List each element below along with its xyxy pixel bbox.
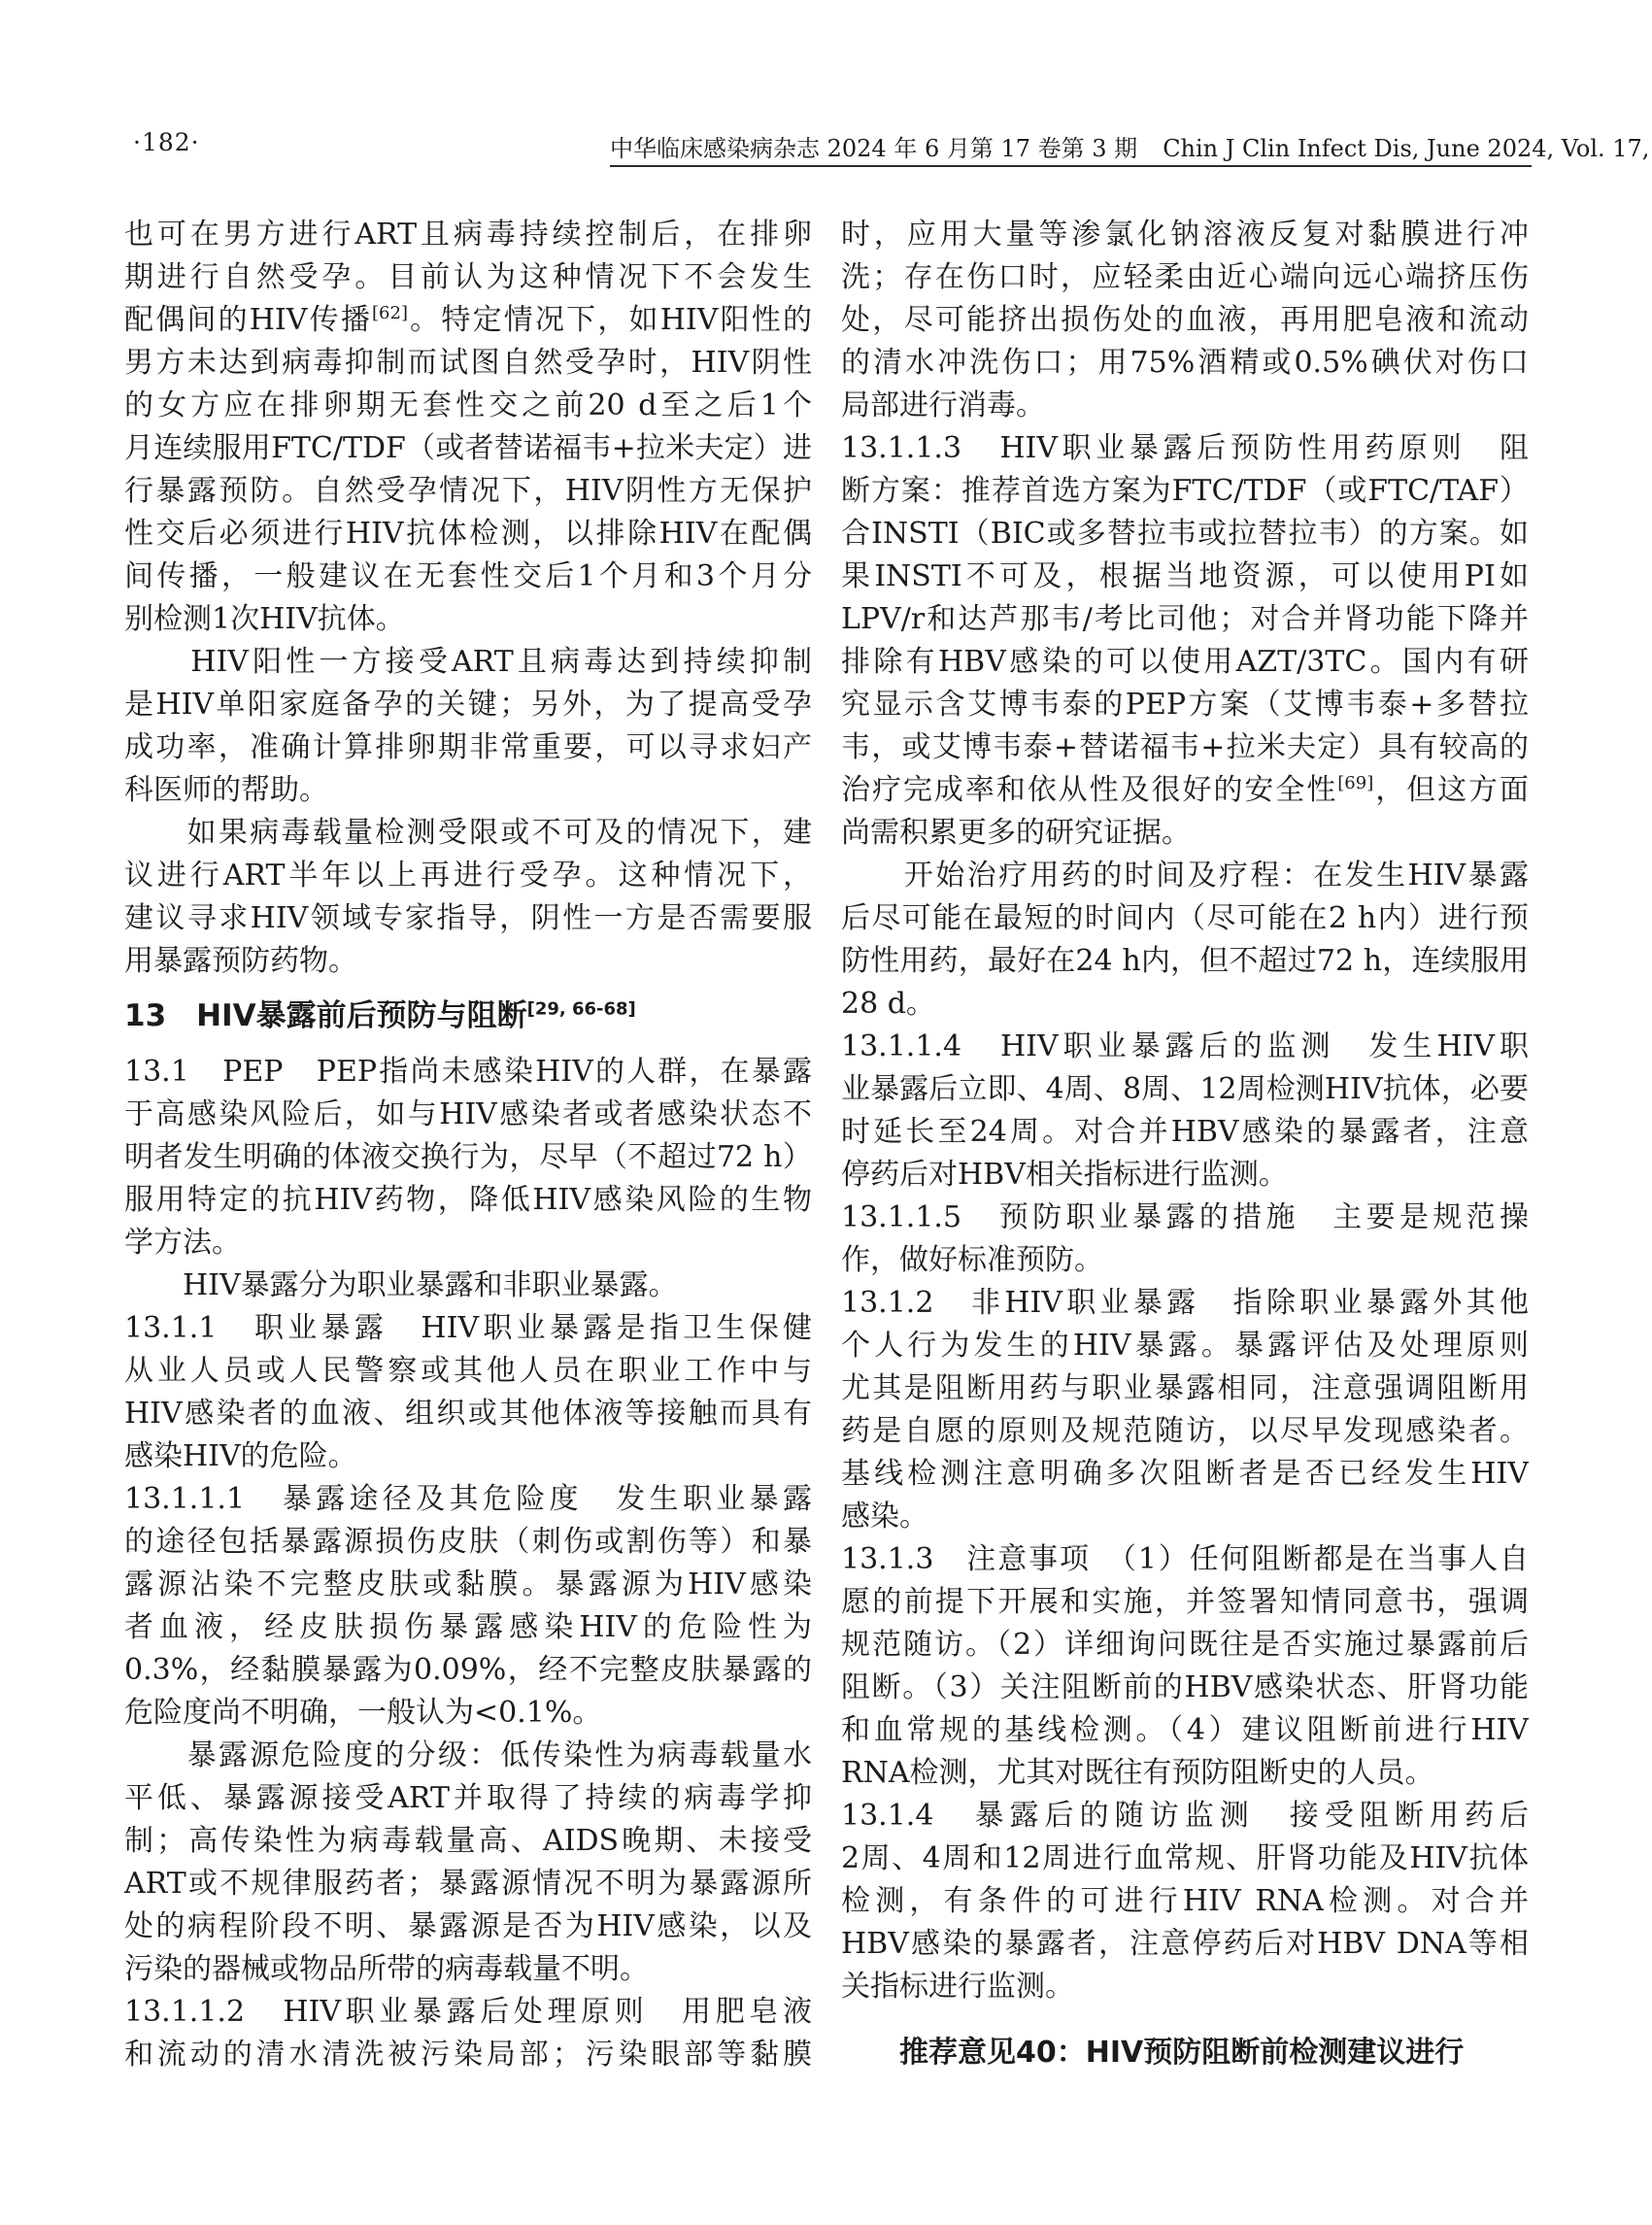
text-line: 建议寻求HIV领域专家指导，阴性一方是否需要服 — [124, 897, 812, 940]
text-line: 学方法。 — [124, 1222, 812, 1264]
text-line: 性交后必须进行HIV抗体检测，以排除HIV在配偶 — [124, 513, 812, 556]
text-line: 13.1.3 注意事项 （1）任何阻断都是在当事人自 — [841, 1538, 1529, 1581]
text-line: 局部进行消毒。 — [841, 385, 1529, 427]
text-line: 尚需积累更多的研究证据。 — [841, 812, 1529, 855]
text-line: 也可在男方进行ART且病毒持续控制后，在排卵 — [124, 214, 812, 256]
text-line: 13.1.1.1 暴露途径及其危险度 发生职业暴露 — [124, 1478, 812, 1521]
text-line: 从业人员或人民警察或其他人员在职业工作中与 — [124, 1350, 812, 1393]
text-line: 危险度尚不明确，一般认为<0.1%。 — [124, 1692, 812, 1735]
text-line: 合INSTI（BIC或多替拉韦或拉替拉韦）的方案。如 — [841, 513, 1529, 556]
text-line: 时，应用大量等渗氯化钠溶液反复对黏膜进行冲 — [841, 214, 1529, 256]
page-number: ·182· — [133, 128, 200, 156]
journal-page: ·182· 中华临床感染病杂志 2024 年 6 月第 17 卷第 3 期Chi… — [0, 0, 1652, 2225]
text-line: 成功率，准确计算排卵期非常重要，可以寻求妇产 — [124, 726, 812, 769]
text-line: 关指标进行监测。 — [841, 1966, 1529, 2008]
text-line: 果INSTI不可及，根据当地资源，可以使用PI如 — [841, 556, 1529, 598]
text-line: 28 d。 — [841, 983, 1529, 1026]
text-line: 者血液，经皮肤损伤暴露感染HIV的危险性为 — [124, 1606, 812, 1649]
text-line: 基线检测注意明确多次阻断者是否已经发生HIV — [841, 1453, 1529, 1496]
text-line: 如果病毒载量检测受限或不可及的情况下，建 — [124, 812, 812, 855]
left-column: 也可在男方进行ART且病毒持续控制后，在排卵期进行自然受孕。目前认为这种情况下不… — [124, 214, 812, 2076]
journal-header: 中华临床感染病杂志 2024 年 6 月第 17 卷第 3 期Chin J Cl… — [610, 129, 1534, 163]
reference-superscript: [69] — [1337, 773, 1373, 793]
right-column: 时，应用大量等渗氯化钠溶液反复对黏膜进行冲洗；存在伤口时，应轻柔由近心端向远心端… — [841, 214, 1529, 2074]
text-line: 用暴露预防药物。 — [124, 940, 812, 983]
reference-superscript: [62] — [372, 303, 408, 323]
text-line: 后尽可能在最短的时间内（尽可能在2 h内）进行预 — [841, 897, 1529, 940]
text-line: 13.1.1.4 HIV职业暴露后的监测 发生HIV职 — [841, 1026, 1529, 1068]
text-line: RNA检测，尤其对既往有预防阻断史的人员。 — [841, 1752, 1529, 1795]
text-line: 治疗完成率和依从性及很好的安全性[69]，但这方面 — [841, 769, 1529, 812]
text-line: 规范随访。（2）详细询问既往是否实施过暴露前后 — [841, 1624, 1529, 1667]
text-line: 间传播，一般建议在无套性交后1个月和3个月分 — [124, 556, 812, 598]
text-line: 和流动的清水清洗被污染局部；污染眼部等黏膜 — [124, 2034, 812, 2076]
text-line: 防性用药，最好在24 h内，但不超过72 h，连续服用 — [841, 940, 1529, 983]
text-line: 洗；存在伤口时，应轻柔由近心端向远心端挤压伤 — [841, 256, 1529, 299]
text-line: 处，尽可能挤出损伤处的血液，再用肥皂液和流动 — [841, 299, 1529, 342]
text-line: 暴露源危险度的分级：低传染性为病毒载量水 — [124, 1735, 812, 1777]
text-line: 尤其是阻断用药与职业暴露相同，注意强调阻断用 — [841, 1367, 1529, 1410]
text-line: 究显示含艾博韦泰的PEP方案（艾博韦泰+多替拉 — [841, 684, 1529, 726]
text-line: 断方案：推荐首选方案为FTC/TDF（或FTC/TAF）联 — [841, 470, 1529, 513]
section-heading: 13 HIV暴露前后预防与阻断[29, 66-68] — [124, 995, 812, 1037]
text-line: 排除有HBV感染的可以使用AZT/3TC。国内有研 — [841, 641, 1529, 684]
header-rule — [610, 165, 1532, 167]
text-line: LPV/r和达芦那韦/考比司他；对合并肾功能下降并 — [841, 598, 1529, 641]
text-line: 13.1.1.2 HIV职业暴露后处理原则 用肥皂液 — [124, 1991, 812, 2034]
text-line: 阻断。（3）关注阻断前的HBV感染状态、肝肾功能 — [841, 1667, 1529, 1709]
text-line: 药是自愿的原则及规范随访，以尽早发现感染者。 — [841, 1410, 1529, 1453]
text-line: 感染。 — [841, 1496, 1529, 1538]
text-line: 检测，有条件的可进行HIV RNA检测。对合并 — [841, 1880, 1529, 1923]
journal-title-cn: 中华临床感染病杂志 2024 年 6 月第 17 卷第 3 期 — [610, 135, 1137, 162]
text-line: 明者发生明确的体液交换行为，尽早（不超过72 h） — [124, 1136, 812, 1179]
text-line: 是HIV单阳家庭备孕的关键；另外，为了提高受孕 — [124, 684, 812, 726]
text-line: 感染HIV的危险。 — [124, 1435, 812, 1478]
text-line: 13.1.4 暴露后的随访监测 接受阻断用药后 — [841, 1795, 1529, 1837]
text-line: 服用特定的抗HIV药物，降低HIV感染风险的生物 — [124, 1179, 812, 1222]
text-line: 制；高传染性为病毒载量高、AIDS晚期、未接受 — [124, 1820, 812, 1863]
text-line: 13.1 PEP PEP指尚未感染HIV的人群，在暴露 — [124, 1051, 812, 1094]
recommendation-line: 推荐意见40：HIV预防阻断前检测建议进行 — [841, 2032, 1529, 2074]
text-line: 平低、暴露源接受ART并取得了持续的病毒学抑 — [124, 1777, 812, 1820]
text-line: 行暴露预防。自然受孕情况下，HIV阴性方无保护 — [124, 470, 812, 513]
text-line: 露源沾染不完整皮肤或黏膜。暴露源为HIV感染 — [124, 1564, 812, 1606]
text-line: 的女方应在排卵期无套性交之前20 d至之后1个 — [124, 385, 812, 427]
text-line: 开始治疗用药的时间及疗程：在发生HIV暴露 — [841, 855, 1529, 897]
text-line: 0.3%，经黏膜暴露为0.09%，经不完整皮肤暴露的 — [124, 1649, 812, 1692]
text-line: HIV感染者的血液、组织或其他体液等接触而具有 — [124, 1393, 812, 1435]
text-line: 13.1.1.3 HIV职业暴露后预防性用药原则 阻 — [841, 427, 1529, 470]
text-line: ART或不规律服药者；暴露源情况不明为暴露源所 — [124, 1863, 812, 1905]
text-line: HIV暴露分为职业暴露和非职业暴露。 — [124, 1264, 812, 1307]
text-line: 污染的器械或物品所带的病毒载量不明。 — [124, 1948, 812, 1991]
text-line: 于高感染风险后，如与HIV感染者或者感染状态不 — [124, 1094, 812, 1136]
text-line: 2周、4周和12周进行血常规、肝肾功能及HIV抗体 — [841, 1837, 1529, 1880]
text-line: 13.1.1 职业暴露 HIV职业暴露是指卫生保健 — [124, 1307, 812, 1350]
text-line: 男方未达到病毒抑制而试图自然受孕时，HIV阴性 — [124, 342, 812, 385]
text-line: 作，做好标准预防。 — [841, 1239, 1529, 1282]
text-line: 停药后对HBV相关指标进行监测。 — [841, 1154, 1529, 1197]
journal-title-en: Chin J Clin Infect Dis, June 2024, Vol. … — [1163, 135, 1652, 162]
text-line: 期进行自然受孕。目前认为这种情况下不会发生 — [124, 256, 812, 299]
text-line: 的途径包括暴露源损伤皮肤（刺伤或割伤等）和暴 — [124, 1521, 812, 1564]
text-line: 科医师的帮助。 — [124, 769, 812, 812]
text-line: 13.1.1.5 预防职业暴露的措施 主要是规范操 — [841, 1197, 1529, 1239]
text-line: 13.1.2 非HIV职业暴露 指除职业暴露外其他 — [841, 1282, 1529, 1325]
text-line: 的清水冲洗伤口；用75%酒精或0.5%碘伏对伤口 — [841, 342, 1529, 385]
text-line: 愿的前提下开展和实施，并签署知情同意书，强调 — [841, 1581, 1529, 1624]
text-line: 业暴露后立即、4周、8周、12周检测HIV抗体，必要 — [841, 1068, 1529, 1111]
text-line: HBV感染的暴露者，注意停药后对HBV DNA等相 — [841, 1923, 1529, 1966]
text-line: 时延长至24周。对合并HBV感染的暴露者，注意 — [841, 1111, 1529, 1154]
text-line: 韦，或艾博韦泰+替诺福韦+拉米夫定）具有较高的 — [841, 726, 1529, 769]
text-line: 配偶间的HIV传播[62]。特定情况下，如HIV阳性的 — [124, 299, 812, 342]
text-line: HIV阳性一方接受ART且病毒达到持续抑制 — [124, 641, 812, 684]
text-line: 议进行ART半年以上再进行受孕。这种情况下， — [124, 855, 812, 897]
text-line: 处的病程阶段不明、暴露源是否为HIV感染，以及 — [124, 1905, 812, 1948]
text-line: 别检测1次HIV抗体。 — [124, 598, 812, 641]
text-line: 月连续服用FTC/TDF（或者替诺福韦+拉米夫定）进 — [124, 427, 812, 470]
text-line: 和血常规的基线检测。（4）建议阻断前进行HIV — [841, 1709, 1529, 1752]
text-line: 个人行为发生的HIV暴露。暴露评估及处理原则 — [841, 1325, 1529, 1367]
reference-superscript: [29, 66-68] — [527, 999, 636, 1020]
